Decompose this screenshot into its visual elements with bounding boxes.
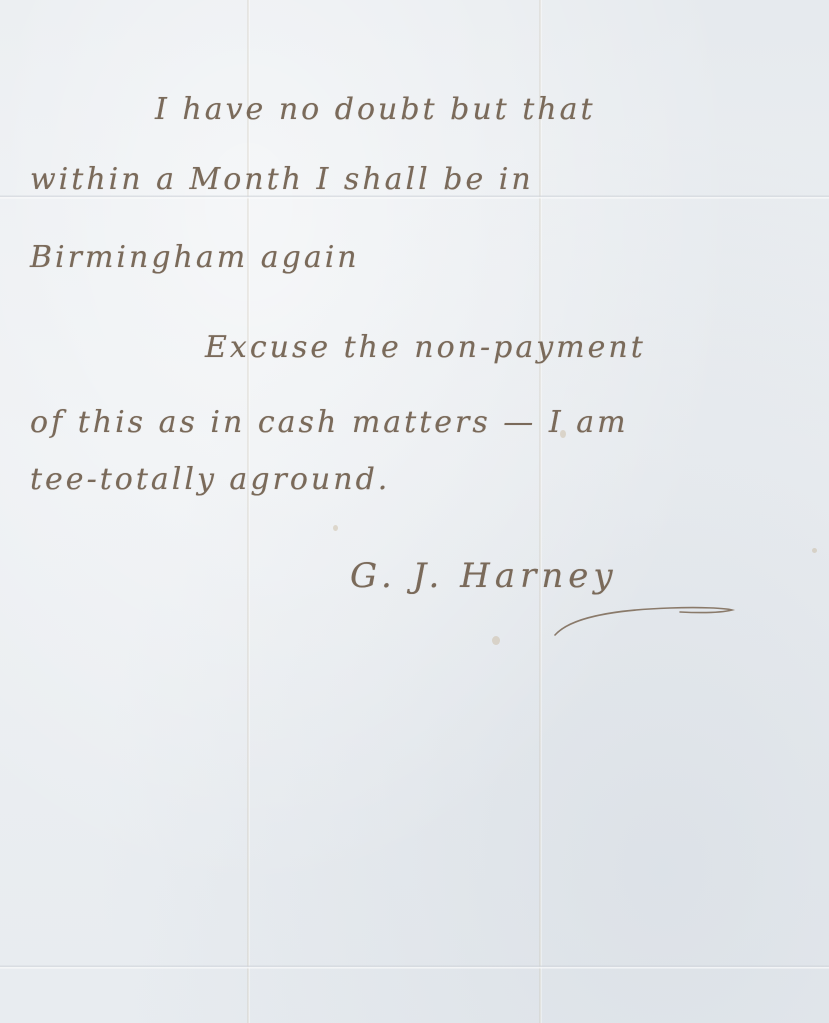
signature-flourish-icon xyxy=(550,600,740,640)
letter-line: Birmingham again xyxy=(30,240,360,275)
paper-stain xyxy=(812,548,817,553)
paper-stain xyxy=(333,525,338,531)
letter-line: tee-totally aground. xyxy=(30,462,390,497)
horizontal-fold-bottom xyxy=(0,965,829,969)
letter-line: I have no doubt but that xyxy=(155,92,596,127)
letter-page: I have no doubt but that within a Month … xyxy=(0,0,829,1023)
vertical-fold-right xyxy=(539,0,542,1023)
vertical-fold-left xyxy=(247,0,250,1023)
paper-stain xyxy=(492,636,500,645)
signature: G. J. Harney xyxy=(350,556,618,596)
letter-line: within a Month I shall be in xyxy=(30,162,534,197)
letter-line: of this as in cash matters — I am xyxy=(30,405,629,440)
letter-line: Excuse the non-payment xyxy=(205,330,646,365)
